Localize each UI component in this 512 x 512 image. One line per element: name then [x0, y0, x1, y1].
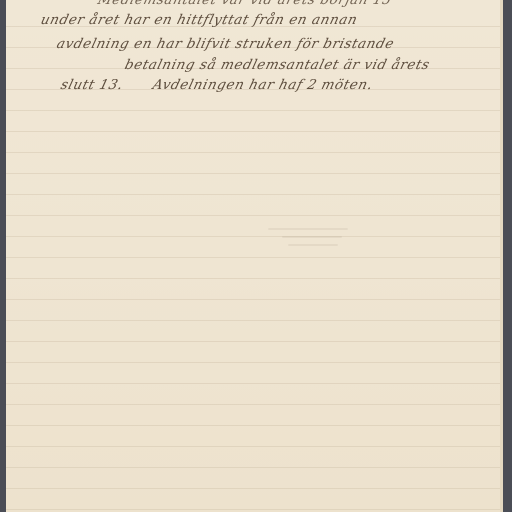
handwritten-line-5: slutt 13.Avdelningen har haf 2 möten. — [59, 77, 375, 93]
line-5-part-2: Avdelningen har haf 2 möten. — [151, 77, 375, 93]
bleed-through-text — [268, 222, 358, 256]
line-5-part-1: slutt 13. — [59, 77, 125, 93]
handwritten-line-3: avdelning en har blifvit struken för bri… — [55, 36, 396, 52]
handwritten-line-1: Medlemsantalet var vid årets början 15 — [96, 0, 394, 8]
handwritten-line-4: betalning så medlemsantalet är vid årets — [123, 57, 432, 73]
handwritten-line-2: under året har en hittflyttat från en an… — [39, 12, 359, 28]
letter-page: Medlemsantalet var vid årets början 15 u… — [6, 0, 503, 512]
